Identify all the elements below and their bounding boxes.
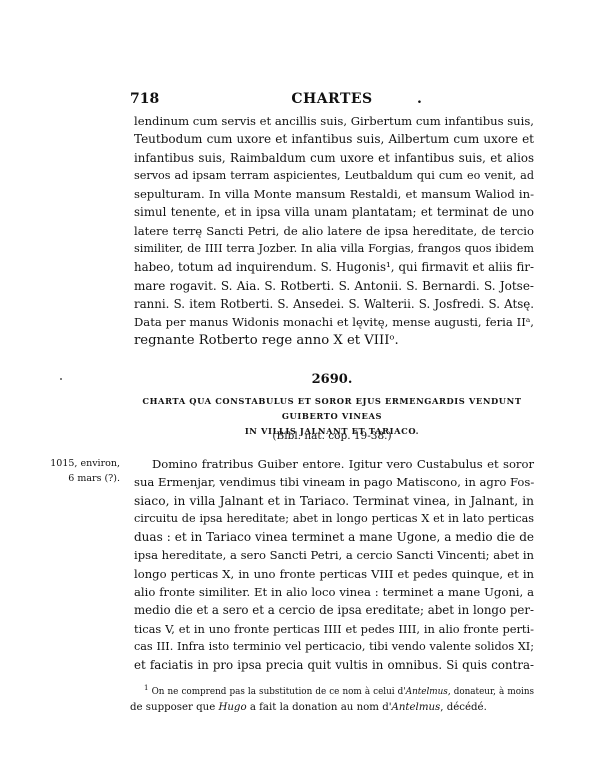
footnote-text: On ne comprend pas la substitution de ce… bbox=[152, 687, 406, 697]
footnote-italic-name: Antelmus bbox=[406, 687, 448, 697]
margin-date-line: 1015, environ, bbox=[20, 456, 120, 471]
margin-date-line: 6 mars (?). bbox=[20, 471, 120, 486]
text-line: ticas V, et in uno fronte perticas IIII … bbox=[134, 620, 534, 638]
text-line: regnante Rotberto rege anno X et VIIIᵒ. bbox=[134, 332, 534, 350]
text-line: infantibus suis, Raimbaldum cum uxore et… bbox=[134, 149, 534, 167]
charter-number: 2690. bbox=[130, 372, 534, 387]
text-line: Data per manus Widonis monachi et lęvitę… bbox=[134, 313, 534, 331]
footnote: 1 On ne comprend pas la substitution de … bbox=[130, 684, 534, 716]
footnote-italic-name: Antelmus bbox=[392, 702, 441, 713]
text-line: duas : et in Tariaco vinea terminet a ma… bbox=[134, 528, 534, 546]
text-line: simul tenente, et in ipsa villa unam pla… bbox=[134, 203, 534, 221]
margin-date-note: 1015, environ, 6 mars (?). bbox=[20, 456, 120, 486]
text-line: sepulturam. In villa Monte mansum Restal… bbox=[134, 185, 534, 203]
footnote-text: de supposer que bbox=[130, 702, 218, 713]
text-line: Teutbodum cum uxore et infantibus suis, … bbox=[134, 130, 534, 148]
text-line: servos ad ipsam terram aspicientes, Leut… bbox=[134, 167, 534, 185]
text-line: ipsa hereditate, a sero Sancti Petri, a … bbox=[134, 546, 534, 564]
running-head: 718 CHARTES . bbox=[130, 91, 534, 109]
text-line: mare rogavit. S. Aia. S. Rotberti. S. An… bbox=[134, 277, 534, 295]
footnote-line: de supposer que Hugo a fait la donation … bbox=[130, 700, 534, 716]
stray-mark: . bbox=[417, 91, 422, 107]
footnote-italic-name: Hugo bbox=[218, 702, 246, 713]
running-title: CHARTES bbox=[130, 91, 534, 107]
text-line: lendinum cum servis et ancillis suis, Gi… bbox=[134, 112, 534, 130]
text-line: longo perticas X, in uno fronte perticas… bbox=[134, 565, 534, 583]
footnote-line: 1 On ne comprend pas la substitution de … bbox=[130, 684, 534, 700]
text-line: siaco, in villa Jalnant et in Tariaco. T… bbox=[134, 492, 534, 510]
text-line: similiter, de IIII terra Jozber. In alia… bbox=[134, 240, 534, 258]
footnote-text: , décédé. bbox=[440, 702, 487, 713]
text-line: cas III. Infra isto terminio vel pertica… bbox=[134, 638, 534, 656]
footnote-text: a fait la donation au nom d' bbox=[247, 702, 392, 713]
footnote-text: , donateur, à moins bbox=[448, 687, 534, 697]
text-line: medio die et a sero et a cercio de ipsa … bbox=[134, 601, 534, 619]
footnote-marker: 1 bbox=[144, 684, 148, 692]
text-line: Domino fratribus Guiber entore. Igitur v… bbox=[134, 455, 534, 473]
text-line: habeo, totum ad inquirendum. S. Hugonis¹… bbox=[134, 258, 534, 276]
text-line: alio fronte similiter. Et in alio loco v… bbox=[134, 583, 534, 601]
text-line: et faciatis in pro ipsa precia quit vult… bbox=[134, 656, 534, 674]
charter-title-line: CHARTA QUA CONSTABULUS ET SOROR EJUS ERM… bbox=[130, 394, 534, 424]
scan-speck bbox=[60, 378, 62, 380]
document-page: 718 CHARTES . lendinum cum servis et anc… bbox=[0, 0, 600, 780]
text-line: latere terrę Sancti Petri, de alio later… bbox=[134, 222, 534, 240]
charter-source: (Bibl. nat. cop. 19-38.) bbox=[130, 430, 534, 442]
text-line: ranni. S. item Rotberti. S. Ansedei. S. … bbox=[134, 295, 534, 313]
continued-charter-text: lendinum cum servis et ancillis suis, Gi… bbox=[134, 112, 534, 350]
text-line: circuitu de ipsa hereditate; abet in lon… bbox=[134, 510, 534, 528]
text-line: sua Ermenjar, vendimus tibi vineam in pa… bbox=[134, 473, 534, 491]
charter-text: Domino fratribus Guiber entore. Igitur v… bbox=[134, 455, 534, 675]
